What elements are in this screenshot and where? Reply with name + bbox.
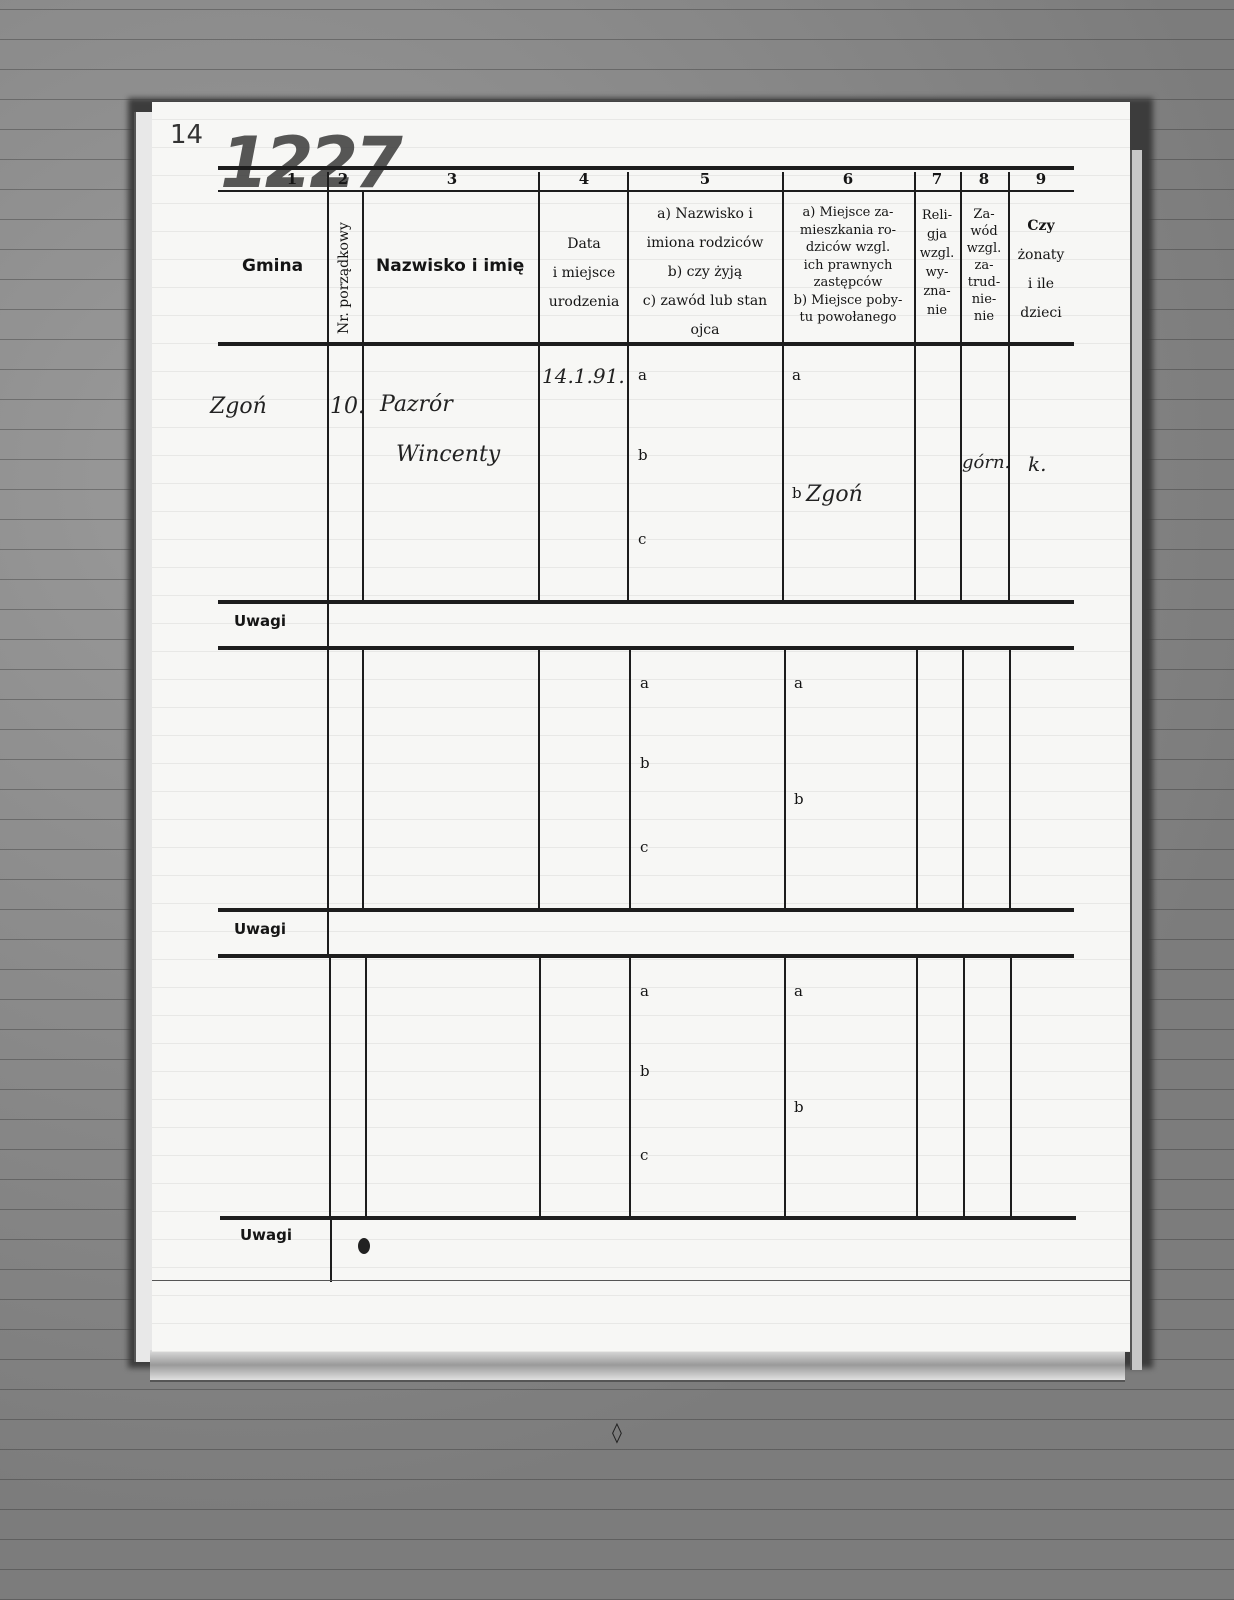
- entry-2-parents-c-label: c: [640, 838, 648, 856]
- header-line: nie-: [960, 291, 1008, 308]
- header-line: tu powołanego: [782, 309, 914, 327]
- entry-1-surname: Pazrór: [380, 392, 453, 417]
- entry-2-remarks: [334, 918, 1070, 952]
- col-number-9: 9: [1008, 170, 1074, 188]
- row-col-divider: [329, 958, 331, 1216]
- row-col-divider: [963, 958, 965, 1216]
- header-line: wy-: [914, 263, 960, 282]
- row-col-divider: [782, 346, 784, 600]
- header-number-rule: [218, 190, 1074, 192]
- header-line: i ile: [1008, 270, 1074, 299]
- header-line: gja: [914, 225, 960, 244]
- header-line: zna-: [914, 282, 960, 301]
- stray-mark: ◊: [612, 1420, 622, 1444]
- entry-3-bottom-rule: [220, 1216, 1076, 1220]
- header-miejsce-zamieszkania: a) Miejsce za- mieszkania ro- dziców wzg…: [782, 204, 914, 327]
- row-col-divider: [362, 650, 364, 908]
- header-line: dzieci: [1008, 299, 1074, 328]
- header-col-divider: [538, 172, 540, 342]
- entry-1-residence-b-label: b: [792, 484, 802, 502]
- entry-3-parents-a-label: a: [640, 982, 649, 1000]
- header-line: zastępców: [782, 274, 914, 292]
- pencil-page-number: 14: [170, 120, 203, 150]
- header-line: Data: [540, 230, 628, 259]
- header-line: Reli-: [914, 206, 960, 225]
- header-line: wód: [960, 223, 1008, 240]
- entry-1-residence-a-label: a: [792, 366, 801, 384]
- header-line: nie: [960, 308, 1008, 325]
- col-number-8: 8: [960, 170, 1008, 188]
- entry-1-parents-a-label: a: [638, 366, 647, 384]
- entry-1-residence-b: Zgoń: [806, 482, 863, 507]
- entry-1-first-name: Wincenty: [396, 442, 500, 467]
- entry-1-parents-c-label: c: [638, 530, 646, 548]
- header-zawod: Za- wód wzgl. za- trud- nie- nie: [960, 206, 1008, 325]
- row-col-divider: [1008, 346, 1010, 600]
- header-line: b) czy żyją: [628, 258, 782, 287]
- row-col-divider: [627, 346, 629, 600]
- header-line: i miejsce: [540, 259, 628, 288]
- header-line: nie: [914, 301, 960, 320]
- row-col-divider: [962, 650, 964, 908]
- entry-3-parents-c-label: c: [640, 1146, 648, 1164]
- header-line: c) zawód lub stan: [628, 287, 782, 316]
- row-col-divider: [362, 346, 364, 600]
- header-col-divider: [327, 172, 329, 342]
- header-col-divider: [960, 172, 962, 342]
- row-col-divider: [1010, 958, 1012, 1216]
- row-col-divider: [629, 650, 631, 908]
- row-col-divider: [784, 650, 786, 908]
- header-col-divider: [627, 172, 629, 342]
- header-col-divider: [914, 172, 916, 342]
- entry-1-remarks-label: Uwagi: [234, 612, 286, 630]
- entry-2-residence-b-label: b: [794, 790, 804, 808]
- entry-1-bottom-rule: [218, 600, 1074, 604]
- header-data-urodzenia: Data i miejsce urodzenia: [540, 230, 628, 317]
- row-col-divider: [629, 958, 631, 1216]
- entry-2-bottom-rule: [218, 908, 1074, 912]
- remarks-divider: [327, 604, 329, 648]
- col-number-7: 7: [914, 170, 960, 188]
- header-line: wzgl.: [914, 244, 960, 263]
- header-line: Czy: [1008, 212, 1074, 241]
- ink-blot: [358, 1238, 370, 1254]
- header-religia: Reli- gja wzgl. wy- zna- nie: [914, 206, 960, 320]
- row-col-divider: [538, 650, 540, 908]
- entry-1-married: k.: [1028, 452, 1046, 476]
- header-line: ojca: [628, 316, 782, 345]
- entry-1-parents-b-label: b: [638, 446, 648, 464]
- col-number-5: 5: [628, 170, 782, 188]
- entry-1-gmina: Zgoń: [210, 394, 267, 419]
- entry-2-remarks-rule: [218, 954, 1074, 958]
- header-nazwisko-imie: Nazwisko i imię: [376, 256, 524, 276]
- header-line: a) Miejsce za-: [782, 204, 914, 222]
- entry-3-remarks: [338, 1226, 1074, 1276]
- paper-stack-left-edge: [134, 112, 154, 1362]
- header-line: żonaty: [1008, 241, 1074, 270]
- entry-1-remarks: [334, 610, 1070, 644]
- row-col-divider: [327, 650, 329, 908]
- header-line: za-: [960, 257, 1008, 274]
- entry-1-remarks-rule: [218, 646, 1074, 650]
- header-line: a) Nazwisko i: [628, 200, 782, 229]
- paper-stack-bottom-edge: [150, 1350, 1125, 1382]
- entry-1-birth-date: 14.1.91.: [542, 364, 625, 388]
- header-line: urodzenia: [540, 288, 628, 317]
- header-nr-porzadkowy: Nr. porządkowy: [336, 194, 352, 334]
- header-rodzice: a) Nazwisko i imiona rodziców b) czy żyj…: [628, 200, 782, 345]
- header-line: ich prawnych: [782, 257, 914, 275]
- header-col-divider: [1008, 172, 1010, 342]
- row-col-divider: [916, 958, 918, 1216]
- header-line: Za-: [960, 206, 1008, 223]
- entry-3-residence-b-label: b: [794, 1098, 804, 1116]
- header-line: imiona rodziców: [628, 229, 782, 258]
- entry-3-residence-a-label: a: [794, 982, 803, 1000]
- paper-stack-right-edge: [1130, 150, 1142, 1370]
- row-col-divider: [539, 958, 541, 1216]
- row-col-divider: [538, 346, 540, 600]
- entry-2-residence-a-label: a: [794, 674, 803, 692]
- header-line: trud-: [960, 274, 1008, 291]
- header-line: wzgl.: [960, 240, 1008, 257]
- row-col-divider: [914, 346, 916, 600]
- col-number-1: 1: [272, 170, 312, 188]
- row-col-divider: [327, 346, 329, 600]
- row-col-divider: [365, 958, 367, 1216]
- header-line: dziców wzgl.: [782, 239, 914, 257]
- page-bottom-guide: [152, 1280, 1130, 1281]
- col-number-3: 3: [364, 170, 540, 188]
- entry-2-parents-b-label: b: [640, 754, 650, 772]
- entry-1-nr: 10.: [330, 394, 365, 419]
- remarks-divider: [330, 1220, 332, 1282]
- remarks-divider: [327, 912, 329, 956]
- col-number-4: 4: [540, 170, 628, 188]
- entry-1-occupation: górn.: [962, 452, 1010, 473]
- entry-3-remarks-label: Uwagi: [240, 1226, 292, 1244]
- row-col-divider: [1009, 650, 1011, 908]
- col-number-2: 2: [328, 170, 358, 188]
- col-number-6: 6: [782, 170, 914, 188]
- header-col-divider: [782, 172, 784, 342]
- row-col-divider: [784, 958, 786, 1216]
- register-page: 14 1227 1 2 3 4 5 6 7 8 9 Gmina Nr. porz…: [152, 102, 1130, 1352]
- entry-2-parents-a-label: a: [640, 674, 649, 692]
- header-line: b) Miejsce poby-: [782, 292, 914, 310]
- row-col-divider: [960, 346, 962, 600]
- row-col-divider: [916, 650, 918, 908]
- header-czy-zonaty: Czy żonaty i ile dzieci: [1008, 212, 1074, 328]
- entry-3-parents-b-label: b: [640, 1062, 650, 1080]
- entry-2-remarks-label: Uwagi: [234, 920, 286, 938]
- header-gmina: Gmina: [242, 256, 303, 276]
- header-col-divider: [362, 192, 364, 342]
- header-line: mieszkania ro-: [782, 222, 914, 240]
